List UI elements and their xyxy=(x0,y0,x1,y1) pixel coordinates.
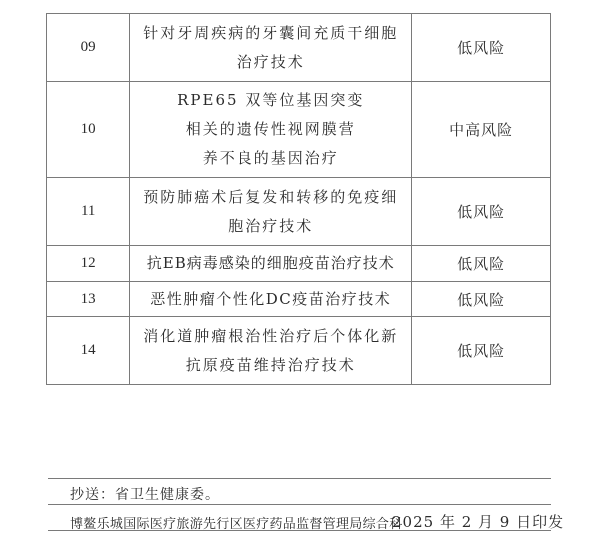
technology-risk-table: 09 针对牙周疾病的牙囊间充质干细胞 治疗技术 低风险 10 RPE65 双等位… xyxy=(46,13,551,385)
table-row: 11 预防肺癌术后复发和转移的免疫细 胞治疗技术 低风险 xyxy=(47,178,551,246)
footer-divider-bottom xyxy=(48,530,551,531)
cc-recipients: 抄送：省卫生健康委。 xyxy=(70,484,220,504)
row-number: 11 xyxy=(47,178,130,246)
footer-divider-middle xyxy=(48,504,551,505)
technology-name: 恶性肿瘤个性化DC疫苗治疗技术 xyxy=(130,282,412,317)
technology-name: 抗EB病毒感染的细胞疫苗治疗技术 xyxy=(130,246,412,282)
row-number: 12 xyxy=(47,246,130,282)
row-number: 13 xyxy=(47,282,130,317)
row-number: 14 xyxy=(47,317,130,385)
table-row: 14 消化道肿瘤根治性治疗后个体化新 抗原疫苗维持治疗技术 低风险 xyxy=(47,317,551,385)
technology-name: RPE65 双等位基因突变 相关的遗传性视网膜营 养不良的基因治疗 xyxy=(130,82,412,178)
risk-level: 低风险 xyxy=(412,317,551,385)
technology-name: 消化道肿瘤根治性治疗后个体化新 抗原疫苗维持治疗技术 xyxy=(130,317,412,385)
row-number: 09 xyxy=(47,14,130,82)
risk-level: 低风险 xyxy=(412,282,551,317)
risk-level: 低风险 xyxy=(412,14,551,82)
table-row: 13 恶性肿瘤个性化DC疫苗治疗技术 低风险 xyxy=(47,282,551,317)
footer-divider-top xyxy=(48,478,551,479)
print-date: 2025 年 2 月 9 日印发 xyxy=(392,511,564,532)
table-row: 10 RPE65 双等位基因突变 相关的遗传性视网膜营 养不良的基因治疗 中高风… xyxy=(47,82,551,178)
table-row: 12 抗EB病毒感染的细胞疫苗治疗技术 低风险 xyxy=(47,246,551,282)
row-number: 10 xyxy=(47,82,130,178)
technology-name: 针对牙周疾病的牙囊间充质干细胞 治疗技术 xyxy=(130,14,412,82)
risk-level: 中高风险 xyxy=(412,82,551,178)
risk-level: 低风险 xyxy=(412,178,551,246)
risk-level: 低风险 xyxy=(412,246,551,282)
technology-name: 预防肺癌术后复发和转移的免疫细 胞治疗技术 xyxy=(130,178,412,246)
table-row: 09 针对牙周疾病的牙囊间充质干细胞 治疗技术 低风险 xyxy=(47,14,551,82)
